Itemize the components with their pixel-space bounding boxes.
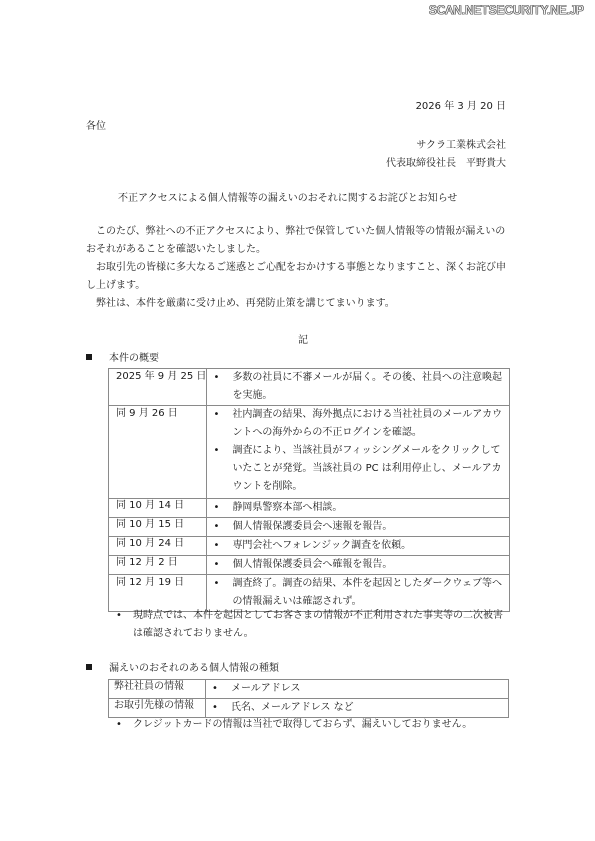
note-text: 現時点では、本件を起因としてお客さまの情報が不正利用された事実等の二次被害は確認… <box>133 607 508 643</box>
body-paragraph-3: 弊社は、本件を厳粛に受け止め、再発防止策を講じてまいります。 <box>86 295 512 313</box>
row-date: 2025 年 9 月 25 日 <box>109 369 207 406</box>
bullet-icon: • <box>207 499 232 517</box>
data-types-table: 弊社社員の情報 •メールアドレス お取引先様の情報 •氏名、メールアドレス など <box>108 679 509 718</box>
square-bullet-icon <box>86 354 92 360</box>
bullet-icon: • <box>206 680 231 698</box>
note-text: クレジットカードの情報は当社で取得しておらず、漏えいしておりません。 <box>133 716 472 734</box>
bullet-icon: • <box>207 442 232 496</box>
table-row: 弊社社員の情報 •メールアドレス <box>109 680 509 699</box>
table-row: お取引先様の情報 •氏名、メールアドレス など <box>109 699 509 718</box>
recipient: 各位 <box>86 122 106 132</box>
row-date: 同 10 月 24 日 <box>109 537 207 556</box>
row-label: 弊社社員の情報 <box>109 680 206 699</box>
bullet-icon: • <box>207 556 232 574</box>
row-text: 静岡県警察本部へ相談。 <box>232 499 503 517</box>
row-label: お取引先様の情報 <box>109 699 206 718</box>
document-title: 不正アクセスによる個人情報等の漏えいのおそれに関するお詫びとお知らせ <box>118 194 457 204</box>
row-text: 調査により、当該社員がフィッシングメールをクリックしていたことが発覚。当該社員の… <box>232 442 503 496</box>
row-text: 多数の社員に不審メールが届く。その後、社員への注意喚起を実施。 <box>232 369 503 405</box>
body-paragraph-2: お取引先の皆様に多大なるご迷惑とご心配をおかけする事態となりますこと、深くお詫び… <box>86 259 512 295</box>
section-overview-title: 本件の概要 <box>109 353 159 364</box>
row-text: 調査終了。調査の結果、本件を起因としたダークウェブ等への情報漏えいは確認されず。 <box>232 575 503 611</box>
square-bullet-icon <box>86 664 92 670</box>
row-text: 社内調査の結果、海外拠点における当社社員のメールアカウントへの海外からの不正ログ… <box>232 406 503 442</box>
table-row: 同 12 月 2 日 •個人情報保護委員会へ確報を報告。 <box>109 556 510 575</box>
section-data-types-title: 漏えいのおそれのある個人情報の種類 <box>109 663 279 674</box>
row-date: 同 10 月 14 日 <box>109 499 207 518</box>
company-name: サクラ工業株式会社 <box>416 141 506 151</box>
table-row: 同 10 月 14 日 •静岡県警察本部へ相談。 <box>109 499 510 518</box>
table-row: 同 10 月 15 日 •個人情報保護委員会へ速報を報告。 <box>109 518 510 537</box>
representative-name: 代表取締役社長 平野貴大 <box>386 159 506 169</box>
bullet-icon: • <box>207 406 232 442</box>
section-overview-heading: 本件の概要 <box>86 354 159 364</box>
body-paragraph-1: このたび、弊社への不正アクセスにより、弊社で保管していた個人情報等の情報が漏えい… <box>86 223 512 259</box>
section-data-types-heading: 漏えいのおそれのある個人情報の種類 <box>86 664 279 674</box>
timeline-table: 2025 年 9 月 25 日 •多数の社員に不審メールが届く。その後、社員への… <box>108 368 510 612</box>
document-date: 2026 年 3 月 20 日 <box>416 102 506 112</box>
table-row: 同 12 月 19 日 •調査終了。調査の結果、本件を起因としたダークウェブ等へ… <box>109 575 510 612</box>
row-text: 専門会社へフォレンジック調査を依頼。 <box>232 537 503 555</box>
body-text: このたび、弊社への不正アクセスにより、弊社で保管していた個人情報等の情報が漏えい… <box>86 223 512 313</box>
bullet-icon: • <box>108 607 133 643</box>
row-date: 同 9 月 26 日 <box>109 406 207 499</box>
row-text: 氏名、メールアドレス など <box>231 699 502 717</box>
bullet-icon: • <box>207 575 232 611</box>
watermark: SCAN.NETSECURITY.NE.JP <box>429 6 584 18</box>
table-row: 2025 年 9 月 25 日 •多数の社員に不審メールが届く。その後、社員への… <box>109 369 510 406</box>
row-date: 同 12 月 19 日 <box>109 575 207 612</box>
bullet-icon: • <box>207 369 232 405</box>
ki-marker: 記 <box>298 336 308 346</box>
credit-card-note: •クレジットカードの情報は当社で取得しておらず、漏えいしておりません。 <box>108 716 508 734</box>
secondary-damage-note: •現時点では、本件を起因としてお客さまの情報が不正利用された事実等の二次被害は確… <box>108 607 508 643</box>
row-text: 個人情報保護委員会へ確報を報告。 <box>232 556 503 574</box>
row-date: 同 10 月 15 日 <box>109 518 207 537</box>
bullet-icon: • <box>206 699 231 717</box>
table-row: 同 10 月 24 日 •専門会社へフォレンジック調査を依頼。 <box>109 537 510 556</box>
row-date: 同 12 月 2 日 <box>109 556 207 575</box>
bullet-icon: • <box>207 537 232 555</box>
row-text: 個人情報保護委員会へ速報を報告。 <box>232 518 503 536</box>
bullet-icon: • <box>207 518 232 536</box>
table-row: 同 9 月 26 日 •社内調査の結果、海外拠点における当社社員のメールアカウン… <box>109 406 510 499</box>
bullet-icon: • <box>108 716 133 734</box>
row-text: メールアドレス <box>231 680 502 698</box>
